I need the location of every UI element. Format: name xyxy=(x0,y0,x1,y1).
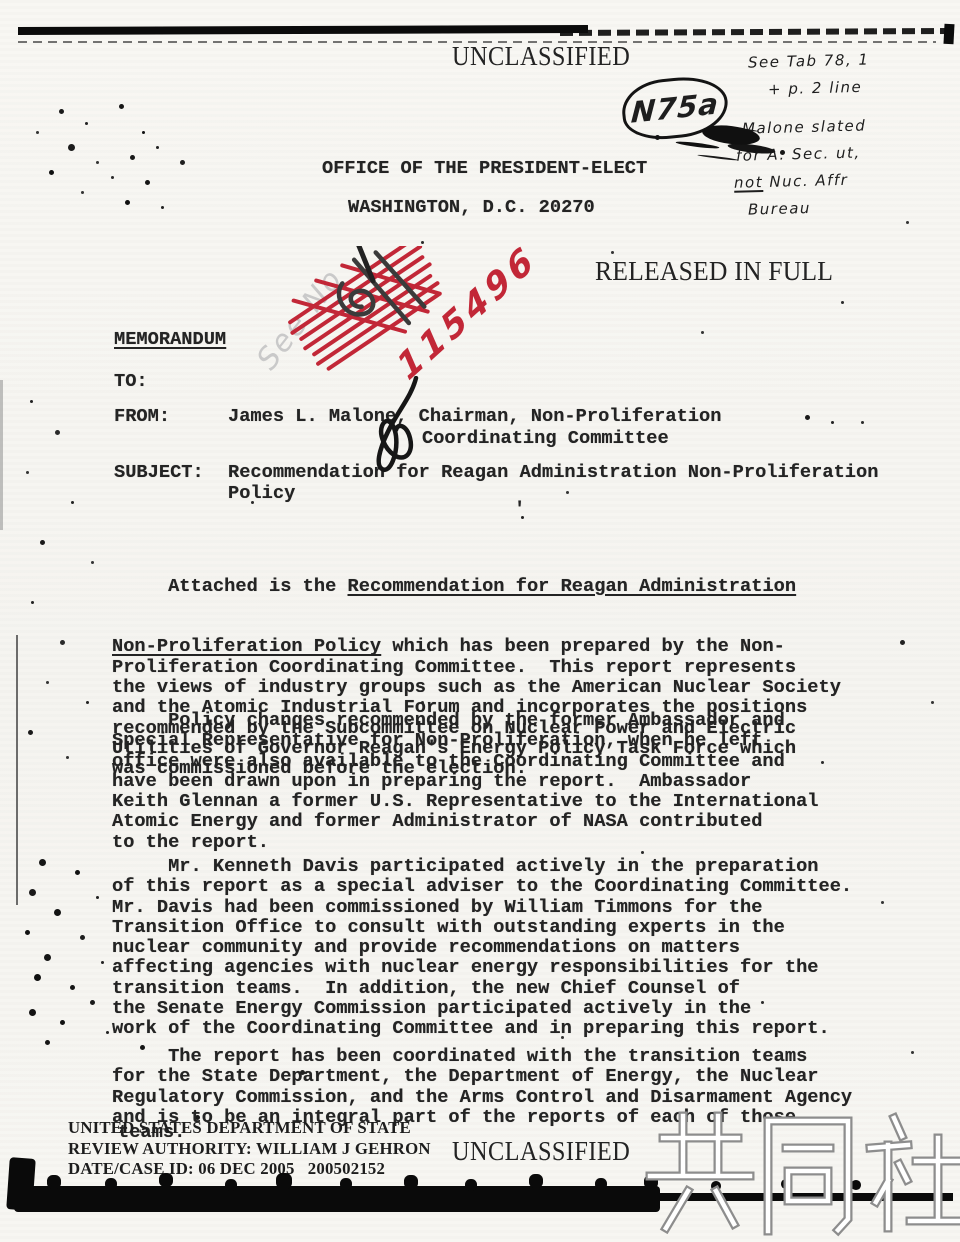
paragraph-2: Policy changes recommended by the former… xyxy=(112,710,932,852)
scan-top-bar xyxy=(18,25,588,35)
handwritten-note-line: Malone slated xyxy=(742,112,870,142)
handwritten-note-tail: Nuc. Affr xyxy=(763,171,849,191)
paragraph-1-line1: Attached is the Recommendation for Reaga… xyxy=(112,576,932,596)
circled-code: N75a xyxy=(630,86,720,130)
release-footer: UNITED STATES DEPARTMENT OF STATE REVIEW… xyxy=(68,1118,431,1180)
handwritten-underlined-word: not xyxy=(734,173,764,192)
scan-bottom-band xyxy=(14,1186,660,1212)
footer-date-case-id: DATE/CASE ID: 06 DEC 2005 200502152 xyxy=(68,1159,431,1180)
scan-left-line xyxy=(16,635,18,905)
handwritten-note-line: Bureau xyxy=(748,193,870,223)
letterhead-office: OFFICE OF THE PRESIDENT-ELECT xyxy=(322,158,647,178)
footer-review-authority: REVIEW AUTHORITY: WILLIAM J GEHRON xyxy=(68,1139,431,1160)
memo-heading: MEMORANDUM xyxy=(114,329,226,349)
stray-mark: ' xyxy=(514,499,525,519)
memo-subject-value-line2: Policy xyxy=(228,483,295,503)
memo-subject-value: Recommendation for Reagan Administration… xyxy=(228,462,878,482)
handwritten-note-line: See Tab 78, 1 xyxy=(748,46,870,76)
paragraph-1-intro: Attached is the xyxy=(112,575,348,597)
paragraph-1-underlined-title-part1: Recommendation for Reagan Administration xyxy=(348,575,797,597)
classification-header: UNCLASSIFIED xyxy=(452,41,630,72)
scan-top-dashes xyxy=(560,28,952,36)
handwritten-note-line: for A. Sec. ut, xyxy=(736,139,870,169)
letterhead-address: WASHINGTON, D.C. 20270 xyxy=(348,197,595,217)
memo-to-label: TO: xyxy=(114,371,148,391)
scan-corner-blob xyxy=(6,1157,36,1211)
scanned-memo-page: UNCLASSIFIED See Tab 78, 1 + p. 2 line M… xyxy=(0,0,960,1242)
released-in-full-stamp: RELEASED IN FULL xyxy=(595,256,833,287)
handwritten-note-line: + p. 2 line xyxy=(768,74,870,104)
classification-footer: UNCLASSIFIED xyxy=(452,1136,630,1167)
memo-subject-label: SUBJECT: xyxy=(114,462,204,482)
handwritten-note-line: not Nuc. Affr xyxy=(734,166,870,197)
memo-from-label: FROM: xyxy=(114,406,170,426)
paragraph-3: Mr. Kenneth Davis participated actively … xyxy=(112,856,932,1039)
handwritten-note: See Tab 78, 1 + p. 2 line Malone slated … xyxy=(740,48,869,222)
scan-noise-speckles xyxy=(0,0,3,3)
scan-left-edge-line xyxy=(0,380,3,530)
kyodo-watermark xyxy=(638,1106,960,1242)
signature xyxy=(352,376,452,476)
memo-from-value: James L. Malone, Chairman, Non-Prolifera… xyxy=(228,406,721,426)
memo-from-value-line2: Coordinating Committee xyxy=(422,428,669,448)
footer-agency: UNITED STATES DEPARTMENT OF STATE xyxy=(68,1118,431,1139)
scan-right-tick xyxy=(943,24,954,44)
paragraph-1-underlined-title-part2: Non-Proliferation Policy xyxy=(112,635,381,657)
